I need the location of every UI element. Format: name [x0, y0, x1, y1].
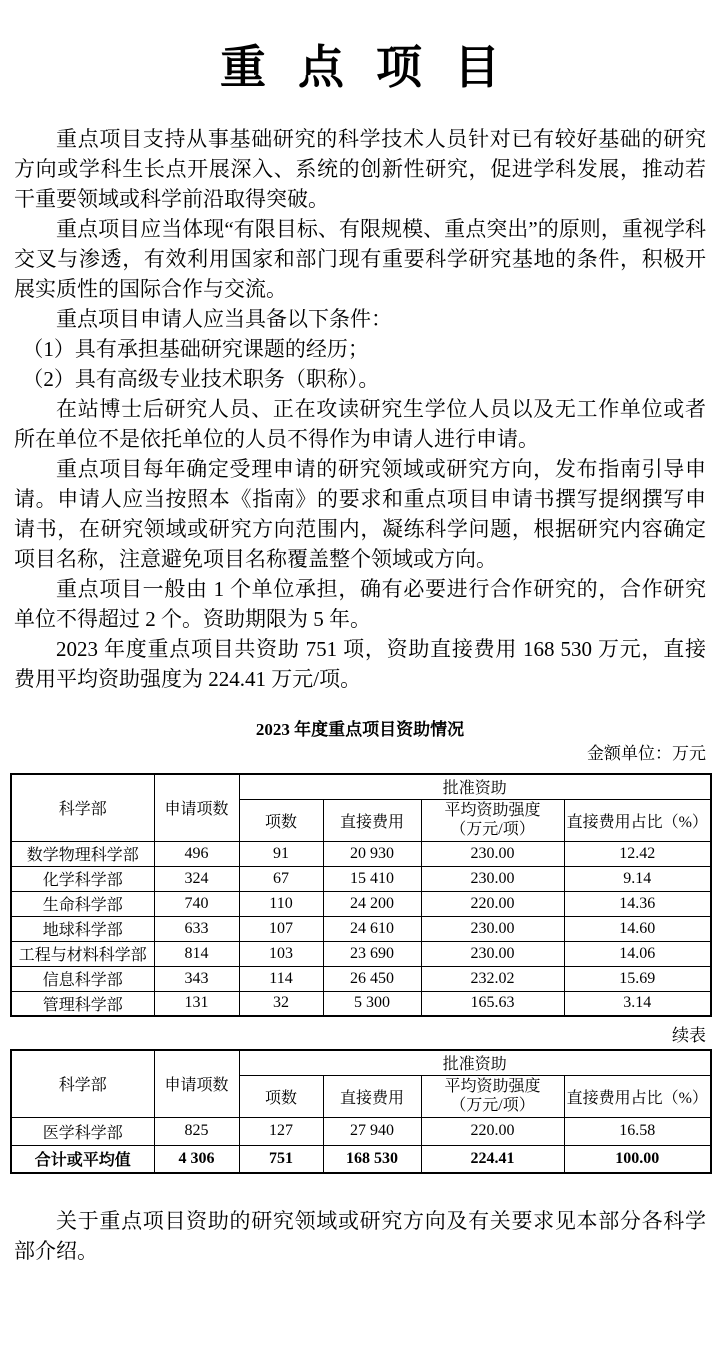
table-cell: 5 300: [323, 991, 421, 1016]
table-cell: 168 530: [323, 1145, 421, 1173]
table-cell: 3.14: [564, 991, 711, 1016]
table-cell: 343: [154, 966, 239, 991]
paragraph: 重点项目一般由 1 个单位承担，确有必要进行合作研究的，合作研究单位不得超过 2…: [14, 574, 706, 634]
table-cell: 131: [154, 991, 239, 1016]
table-cell: 740: [154, 891, 239, 916]
table-cell: 224.41: [421, 1145, 564, 1173]
table-cell: 110: [239, 891, 323, 916]
col-header-direct-cost: 直接费用: [323, 1075, 421, 1117]
table-cell: 医学科学部: [11, 1117, 154, 1145]
condition-item-1: （1）具有承担基础研究课题的经历；: [14, 334, 706, 364]
table-cell: 24 200: [323, 891, 421, 916]
table-cell: 127: [239, 1117, 323, 1145]
closing-paragraph: 关于重点项目资助的研究领域或研究方向及有关要求见本部分各科学部介绍。: [14, 1206, 706, 1266]
table-row: 生命科学部 740 110 24 200 220.00 14.36: [11, 891, 711, 916]
table-cell: 4 306: [154, 1145, 239, 1173]
col-header-approved-group: 批准资助: [239, 1050, 711, 1075]
total-row: 合计或平均值 4 306 751 168 530 224.41 100.00: [11, 1145, 711, 1173]
table-cell: 324: [154, 866, 239, 891]
table-cell: 230.00: [421, 941, 564, 966]
table-cell: 化学科学部: [11, 866, 154, 891]
table-cell: 496: [154, 841, 239, 866]
col-header-direct-cost: 直接费用: [323, 799, 421, 841]
table-cell: 15 410: [323, 866, 421, 891]
table-cell: 20 930: [323, 841, 421, 866]
table-cell: 230.00: [421, 841, 564, 866]
table-cell: 26 450: [323, 966, 421, 991]
table-cell: 管理科学部: [11, 991, 154, 1016]
document-page: 重点项目 重点项目支持从事基础研究的科学技术人员针对已有较好基础的研究方向或学科…: [0, 0, 720, 1350]
table-cell: 633: [154, 916, 239, 941]
paragraph: 重点项目申请人应当具备以下条件：: [14, 304, 706, 334]
col-header-avg-intensity: 平均资助强度 （万元/项）: [421, 799, 564, 841]
table-cell: 32: [239, 991, 323, 1016]
closing-section: 关于重点项目资助的研究领域或研究方向及有关要求见本部分各科学部介绍。: [14, 1206, 706, 1266]
table-cell: 91: [239, 841, 323, 866]
table-row: 管理科学部 131 32 5 300 165.63 3.14: [11, 991, 711, 1016]
funding-table-2: 科学部 申请项数 批准资助 项数 直接费用 平均资助强度 （万元/项） 直接费用…: [10, 1049, 712, 1174]
paragraph: 重点项目支持从事基础研究的科学技术人员针对已有较好基础的研究方向或学科生长点开展…: [14, 124, 706, 214]
paragraph: 在站博士后研究人员、正在攻读研究生学位人员以及无工作单位或者所在单位不是依托单位…: [14, 394, 706, 454]
table-cell: 165.63: [421, 991, 564, 1016]
header-row-group: 科学部 申请项数 批准资助: [11, 1050, 711, 1075]
table-cell: 220.00: [421, 1117, 564, 1145]
paragraph: 重点项目应当体现“有限目标、有限规模、重点突出”的原则，重视学科交叉与渗透，有效…: [14, 214, 706, 304]
table-cell: 12.42: [564, 841, 711, 866]
table-cell: 107: [239, 916, 323, 941]
table-cell: 生命科学部: [11, 891, 154, 916]
col-header-avg-intensity: 平均资助强度 （万元/项）: [421, 1075, 564, 1117]
header-row-group: 科学部 申请项数 批准资助: [11, 774, 711, 799]
paragraph: 2023 年度重点项目共资助 751 项，资助直接费用 168 530 万元，直…: [14, 634, 706, 694]
table-row: 信息科学部 343 114 26 450 232.02 15.69: [11, 966, 711, 991]
table-cell: 114: [239, 966, 323, 991]
table-cell: 工程与材料科学部: [11, 941, 154, 966]
table-cell: 信息科学部: [11, 966, 154, 991]
table-cell: 14.60: [564, 916, 711, 941]
table-cell: 15.69: [564, 966, 711, 991]
col-header-approved-count: 项数: [239, 799, 323, 841]
table-row: 工程与材料科学部 814 103 23 690 230.00 14.06: [11, 941, 711, 966]
table-cell: 16.58: [564, 1117, 711, 1145]
col-header-cost-share: 直接费用占比（%）: [564, 1075, 711, 1117]
continued-label: 续表: [14, 1025, 706, 1047]
col-header-applications: 申请项数: [154, 774, 239, 841]
table-cell: 751: [239, 1145, 323, 1173]
col-header-applications: 申请项数: [154, 1050, 239, 1117]
table-cell: 230.00: [421, 866, 564, 891]
paragraph: 重点项目每年确定受理申请的研究领域或研究方向，发布指南引导申请。申请人应当按照本…: [14, 454, 706, 574]
table-cell: 数学物理科学部: [11, 841, 154, 866]
table-row: 地球科学部 633 107 24 610 230.00 14.60: [11, 916, 711, 941]
table-cell: 23 690: [323, 941, 421, 966]
table-cell: 67: [239, 866, 323, 891]
col-header-department: 科学部: [11, 774, 154, 841]
table-row: 化学科学部 324 67 15 410 230.00 9.14: [11, 866, 711, 891]
table-cell: 27 940: [323, 1117, 421, 1145]
table-row: 医学科学部 825 127 27 940 220.00 16.58: [11, 1117, 711, 1145]
table-cell: 220.00: [421, 891, 564, 916]
page-title: 重点项目: [14, 42, 706, 94]
table-cell: 814: [154, 941, 239, 966]
table-cell: 825: [154, 1117, 239, 1145]
body-text: 重点项目支持从事基础研究的科学技术人员针对已有较好基础的研究方向或学科生长点开展…: [14, 124, 706, 694]
table-cell: 9.14: [564, 866, 711, 891]
table-cell: 232.02: [421, 966, 564, 991]
table-cell: 230.00: [421, 916, 564, 941]
table-cell: 14.06: [564, 941, 711, 966]
condition-item-2: （2）具有高级专业技术职务（职称）。: [14, 364, 706, 394]
table-cell: 24 610: [323, 916, 421, 941]
table-cell: 地球科学部: [11, 916, 154, 941]
table-title: 2023 年度重点项目资助情况: [14, 718, 706, 741]
table-cell: 合计或平均值: [11, 1145, 154, 1173]
table-cell: 14.36: [564, 891, 711, 916]
col-header-approved-group: 批准资助: [239, 774, 711, 799]
table-cell: 103: [239, 941, 323, 966]
table-cell: 100.00: [564, 1145, 711, 1173]
col-header-approved-count: 项数: [239, 1075, 323, 1117]
unit-note: 金额单位：万元: [14, 743, 706, 765]
table-row: 数学物理科学部 496 91 20 930 230.00 12.42: [11, 841, 711, 866]
col-header-department: 科学部: [11, 1050, 154, 1117]
funding-table-1: 科学部 申请项数 批准资助 项数 直接费用 平均资助强度 （万元/项） 直接费用…: [10, 773, 712, 1017]
col-header-cost-share: 直接费用占比（%）: [564, 799, 711, 841]
